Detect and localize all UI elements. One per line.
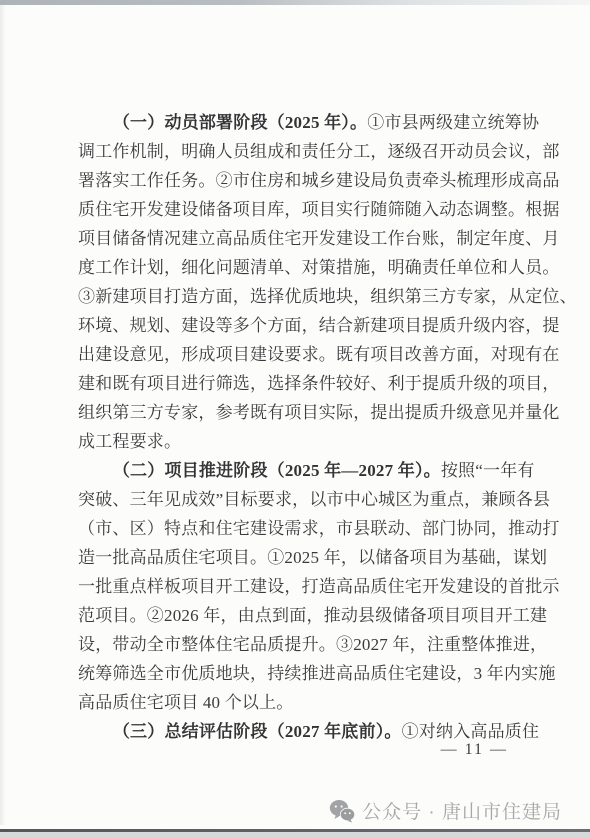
text-line: 环境、规划、建设等多个方面，结合新建项目提质升级内容，提 [78, 311, 530, 340]
text-line: 署落实工作任务。②市住房和城乡建设局负责牵头梳理形成高品 [78, 166, 530, 195]
scan-edge-top [0, 0, 590, 5]
text-line: 质住宅开发建设储备项目库，项目实行随筛随入动态调整。根据 [78, 195, 530, 224]
heading-segment: （三）总结评估阶段（2027 年底前）。 [113, 722, 402, 741]
text-line: 调工作机制，明确人员组成和责任分工，逐级召开动员会议，部 [78, 137, 530, 166]
page-number: — 11 — [441, 741, 508, 759]
heading-segment: （一）动员部署阶段（2025 年）。 [113, 113, 367, 132]
body-segment: 组织第三方专家，参考既有项目实际，提出提质升级意见并量化 [78, 403, 560, 422]
text-line: 项目储备情况建立高品质住宅开发建设工作台账，制定年度、月 [78, 224, 530, 253]
body-segment: 范项目。②2026 年，由点到面，推动县级储备项目项目开工建 [78, 606, 547, 625]
text-line: 统筹筛选全市优质地块，持续推进高品质住宅建设，3 年内实施 [78, 659, 530, 688]
text-line: 一批重点样板项目开工建设，打造高品质住宅开发建设的首批示 [78, 572, 530, 601]
text-line: ③新建项目打造方面，选择优质地块，组织第三方专家，从定位、 [78, 282, 530, 311]
text-line: 造一批高品质住宅项目。①2025 年，以储备项目为基础，谋划 [78, 543, 530, 572]
body-segment: 成工程要求。 [78, 432, 181, 451]
heading-segment: （二）项目推进阶段（2025 年—2027 年）。 [113, 461, 441, 480]
body-segment: 质住宅开发建设储备项目库，项目实行随筛随入动态调整。根据 [78, 200, 560, 219]
text-line: 范项目。②2026 年，由点到面，推动县级储备项目项目开工建 [78, 601, 530, 630]
body-segment: 突破、三年见成效”目标要求，以市中心城区为重点，兼顾各县 [78, 490, 550, 509]
body-segment: 按照“一年有 [441, 461, 535, 480]
body-segment: 统筹筛选全市优质地块，持续推进高品质住宅建设，3 年内实施 [78, 664, 556, 683]
body-segment: 设，带动全市整体住宅品质提升。③2027 年，注重整体推进， [78, 635, 547, 654]
watermark-text: 公众号 · 唐山市住建局 [362, 797, 562, 824]
body-segment: ①对纳入高品质住 [402, 722, 540, 741]
text-line: 成工程要求。 [78, 427, 530, 456]
wechat-icon [329, 799, 355, 823]
text-line: （市、区）特点和住宅建设需求，市县联动、部门协同，推动打 [78, 514, 530, 543]
scan-edge-left [0, 5, 6, 825]
body-segment: ①市县两级建立统筹协 [367, 113, 539, 132]
body-segment: 度工作计划，细化问题清单、对策措施，明确责任单位和人员。 [78, 258, 560, 277]
body-segment: 出建设意见，形成项目建设要求。既有项目改善方面，对现有在 [78, 345, 560, 364]
body-segment: 一批重点样板项目开工建设，打造高品质住宅开发建设的首批示 [78, 577, 560, 596]
text-line: （一）动员部署阶段（2025 年）。①市县两级建立统筹协 [78, 108, 530, 137]
text-line: （二）项目推进阶段（2025 年—2027 年）。按照“一年有 [78, 456, 530, 485]
body-segment: 项目储备情况建立高品质住宅开发建设工作台账，制定年度、月 [78, 229, 560, 248]
body-segment: （市、区）特点和住宅建设需求，市县联动、部门协同，推动打 [78, 519, 560, 538]
text-line: 组织第三方专家，参考既有项目实际，提出提质升级意见并量化 [78, 398, 530, 427]
watermark: 公众号 · 唐山市住建局 [329, 797, 562, 824]
text-line: 高品质住宅项目 40 个以上。 [78, 688, 530, 717]
scan-edge-bottom [0, 832, 590, 838]
body-segment: ③新建项目打造方面，选择优质地块，组织第三方专家，从定位、 [78, 287, 577, 306]
text-line: 突破、三年见成效”目标要求，以市中心城区为重点，兼顾各县 [78, 485, 530, 514]
body-segment: 高品质住宅项目 40 个以上。 [78, 693, 294, 712]
body-segment: 调工作机制，明确人员组成和责任分工，逐级召开动员会议，部 [78, 142, 560, 161]
body-segment: 环境、规划、建设等多个方面，结合新建项目提质升级内容，提 [78, 316, 560, 335]
text-line: 出建设意见，形成项目建设要求。既有项目改善方面，对现有在 [78, 340, 530, 369]
text-line: 度工作计划，细化问题清单、对策措施，明确责任单位和人员。 [78, 253, 530, 282]
body-segment: 署落实工作任务。②市住房和城乡建设局负责牵头梳理形成高品 [78, 171, 560, 190]
body-segment: 建和既有项目进行筛选，选择条件较好、利于提质升级的项目， [78, 374, 560, 393]
body-segment: 造一批高品质住宅项目。①2025 年，以储备项目为基础，谋划 [78, 548, 547, 567]
text-line: 建和既有项目进行筛选，选择条件较好、利于提质升级的项目， [78, 369, 530, 398]
document-body: （一）动员部署阶段（2025 年）。①市县两级建立统筹协调工作机制，明确人员组成… [78, 108, 530, 746]
document-page: （一）动员部署阶段（2025 年）。①市县两级建立统筹协调工作机制，明确人员组成… [0, 0, 590, 838]
text-line: 设，带动全市整体住宅品质提升。③2027 年，注重整体推进， [78, 630, 530, 659]
